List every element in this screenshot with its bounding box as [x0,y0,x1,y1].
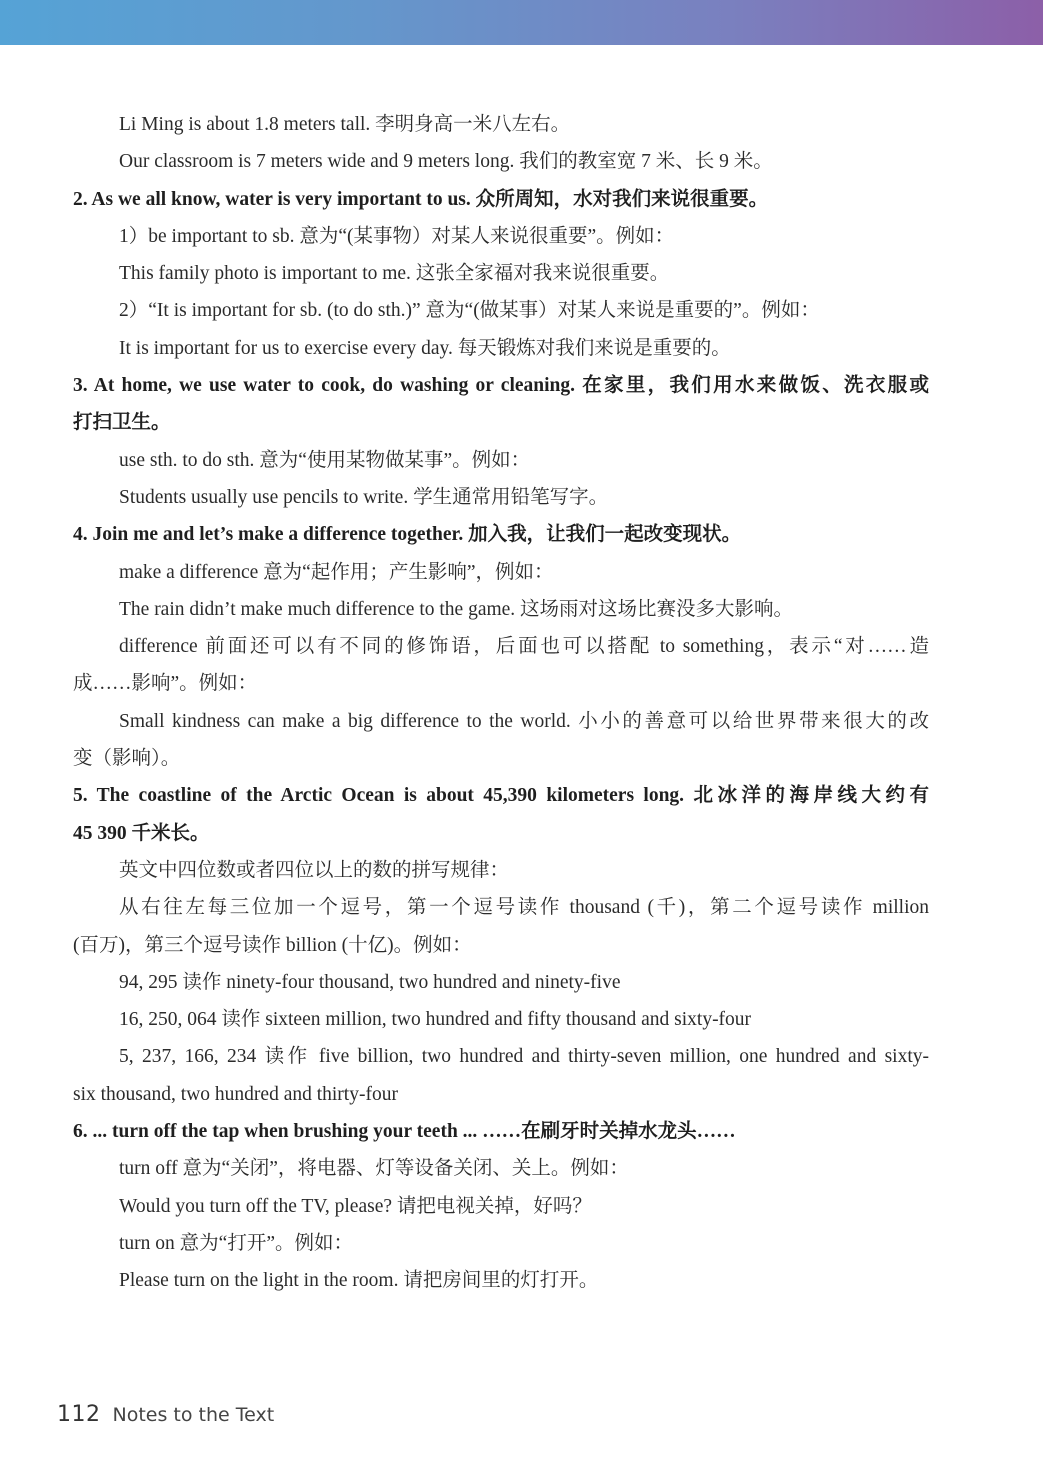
example-line: Would you turn off the TV, please? 请把电视关… [73,1188,933,1225]
note-heading-6: 6. ... turn off the tap when brushing yo… [73,1113,933,1150]
section-title: Notes to the Text [113,1404,275,1426]
note-heading-3: 3. At home, we use water to cook, do was… [73,367,929,404]
example-line: It is important for us to exercise every… [73,330,933,367]
explanation-line: turn off 意为“关闭”，将电器、灯等设备关闭、关上。例如： [73,1150,933,1187]
example-line: The rain didn’t make much difference to … [73,591,933,628]
example-line: Our classroom is 7 meters wide and 9 met… [73,143,933,180]
explanation-line: turn on 意为“打开”。例如： [73,1225,933,1262]
page-number: 112 [57,1402,101,1427]
number-example: 94, 295 读作 ninety-four thousand, two hun… [73,964,933,1001]
explanation-line: 2）“It is important for sb. (to do sth.)”… [73,292,933,329]
example-line: Students usually use pencils to write. 学… [73,479,933,516]
note-heading-3-cont: 打扫卫生。 [73,404,933,441]
example-line-cont: 变（影响）。 [73,740,933,777]
explanation-line: 1）be important to sb. 意为“(某事物）对某人来说很重要”。… [73,218,933,255]
example-line: Small kindness can make a big difference… [73,703,929,740]
note-heading-4: 4. Join me and let’s make a difference t… [73,516,933,553]
number-example: 5, 237, 166, 234 读作 five billion, two hu… [73,1038,929,1075]
note-heading-5: 5. The coastline of the Arctic Ocean is … [73,777,929,814]
explanation-line: 英文中四位数或者四位以上的数的拼写规律： [73,852,933,889]
explanation-line: use sth. to do sth. 意为“使用某物做某事”。例如： [73,442,933,479]
page-footer: 112 Notes to the Text [57,1402,274,1436]
number-example: 16, 250, 064 读作 sixteen million, two hun… [73,1001,933,1038]
note-heading-5-cont: 45 390 千米长。 [73,815,933,852]
example-line: This family photo is important to me. 这张… [73,255,933,292]
number-example-cont: six thousand, two hundred and thirty-fou… [73,1076,933,1113]
example-line: Li Ming is about 1.8 meters tall. 李明身高一米… [73,106,933,143]
explanation-line: difference 前面还可以有不同的修饰语，后面也可以搭配 to somet… [73,628,929,665]
explanation-line-cont: (百万)，第三个逗号读作 billion (十亿)。例如： [73,927,933,964]
explanation-line-cont: 成……影响”。例如： [73,665,933,702]
example-line: Please turn on the light in the room. 请把… [73,1262,933,1299]
note-heading-2: 2. As we all know, water is very importa… [73,181,933,218]
explanation-line: make a difference 意为“起作用；产生影响”，例如： [73,554,933,591]
explanation-line: 从右往左每三位加一个逗号，第一个逗号读作 thousand (千)，第二个逗号读… [73,889,929,926]
header-gradient-bar [0,0,1043,45]
page-body: Li Ming is about 1.8 meters tall. 李明身高一米… [73,106,933,1300]
